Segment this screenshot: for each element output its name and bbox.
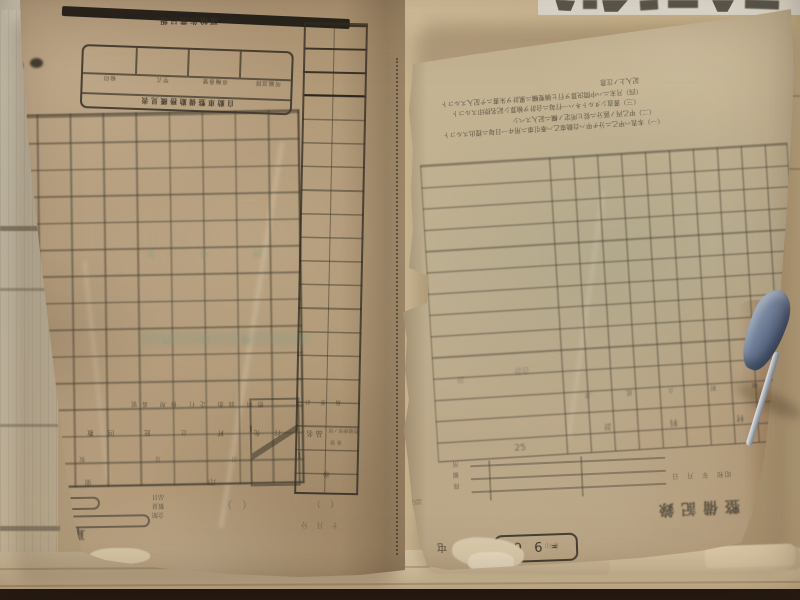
teal-stamp-text: 檢 濟 受 領 (126, 246, 306, 261)
footer-field-text: 品目 (152, 492, 164, 501)
row-label-text: 計 (456, 374, 465, 385)
side-table-note-text: 整備修理ノ別 (328, 427, 358, 435)
teal-stamp-text: 檢 印 濟 (148, 334, 251, 347)
right-table-grid: 合計 計 品名 數量 重量 噸 粁 立 瓩 計 鐵 鋼 材 料 計 25 (420, 143, 800, 463)
form-left-stack: 所 屬 隊 (452, 458, 459, 491)
side-table-labels-text: 摘 要 計 (301, 398, 341, 407)
side-table-note-text: 番 號 (330, 439, 342, 446)
grid-corner-mark: 東 (84, 477, 92, 488)
background-shape (602, 0, 628, 12)
grid-header-row: 燃料 油脂 走行 修理 番號 (126, 400, 302, 409)
bracket-mark: （ ） (222, 498, 252, 513)
header-box-cell-text: 檢印 (103, 74, 116, 82)
side-table-note: 整備修理ノ別 (328, 427, 358, 435)
form-stack-text: 屬 (453, 469, 459, 480)
grid-header-text: 計 量 數 (45, 455, 237, 464)
header-box-cell: 型式 (135, 75, 189, 95)
header-box-cell-text: 所屬部隊 (255, 79, 281, 88)
bracket-text: （ ） (222, 498, 252, 513)
form-right-label-text: 昭和 年 月 日 (671, 470, 731, 482)
form-stack-text: 所 (452, 458, 458, 469)
background-shape (712, 0, 734, 12)
background-shape (583, 0, 597, 9)
background-shape (745, 0, 779, 10)
bracket-text: （ ） (312, 498, 339, 511)
ton-mark: 屯 (437, 541, 447, 556)
header-box-title-text: 自動車整備勤務概見表 (138, 95, 233, 108)
diagonal-cell (249, 398, 301, 487)
form-tick (488, 460, 492, 500)
background-object-strip (538, 0, 800, 15)
side-table: 摘 要 計 品 名 整備修理ノ別 番 號 ※ (294, 22, 368, 495)
header-box: 檢印 型式 車輛番號 所屬部隊 自動車整備勤務概見表 (80, 44, 294, 115)
header-box-cell: 車輛番號 (188, 77, 242, 97)
side-table-note: 番 號 (330, 439, 356, 447)
form-tick (580, 456, 584, 496)
footer-date-note: 十 月 分 (298, 520, 368, 530)
ton-mark-text: 屯 (437, 541, 447, 556)
masthead-title: 運輸作業日報 (158, 15, 262, 26)
teal-stamp-row: 檢 印 濟 (148, 334, 313, 347)
masthead-title-text: 運輸作業日報 (158, 15, 218, 26)
stitch-perforation-line (396, 58, 398, 555)
photo-edge-shadow (0, 589, 800, 600)
form-rule (470, 457, 665, 468)
header-box-cell: 所屬部隊 (241, 79, 295, 99)
header-box-divider (135, 48, 138, 74)
background-shape (555, 0, 576, 12)
form-rule (471, 470, 666, 481)
side-table-dark-rows (304, 24, 365, 97)
photo-of-old-japanese-ledger: 運輸作業日報 檢印 型式 車輛番號 所屬部隊 自動車整備勤務概見表 檢 濟 受 … (0, 0, 800, 600)
side-table-labels: 摘 要 計 (301, 398, 359, 407)
row-label: 合計 (513, 365, 530, 377)
teal-stamp-row: 檢 濟 受 領 (126, 246, 306, 261)
grid-header-row: 計 量 數 (45, 455, 290, 464)
background-shape (640, 0, 659, 11)
grid-corner-text: 東 (84, 477, 92, 488)
bracket-mark: （ ） (312, 498, 339, 511)
header-box-divider (239, 52, 242, 78)
background-shape (668, 0, 698, 8)
form-stack-text: 隊 (453, 480, 459, 491)
ink-blob (30, 58, 43, 68)
side-table-name-text: 品 名 (306, 428, 322, 438)
side-table-note-mark: ※ (322, 468, 330, 478)
header-box-cell: 檢印 (82, 73, 136, 93)
grid-header-text: 燃料 油脂 走行 修理 番號 (126, 400, 264, 409)
row-label-text: 合計 (513, 365, 530, 377)
note-mark-text: ※ (322, 468, 330, 478)
row-label: 計 (456, 374, 465, 385)
header-box-cell-text: 車輛番號 (202, 77, 228, 86)
footer-field-text: 金額 (152, 510, 164, 519)
form-right-label: 昭和 年 月 日 (671, 469, 753, 482)
header-box-divider (187, 50, 190, 76)
grid-corner-text: 印 (208, 476, 216, 487)
footer-field-stack: 品目 數量 金額 (152, 492, 164, 519)
footer-date-text: 十 月 分 (298, 520, 338, 530)
form-rule (472, 483, 667, 494)
grid-corner-mark: 印 (208, 476, 216, 487)
footer-field-text: 數量 (152, 501, 164, 510)
side-table-name-label: 品 名 (302, 428, 326, 439)
stamp-mark: ≍ (550, 542, 558, 552)
header-box-cell-text: 型式 (156, 76, 169, 84)
